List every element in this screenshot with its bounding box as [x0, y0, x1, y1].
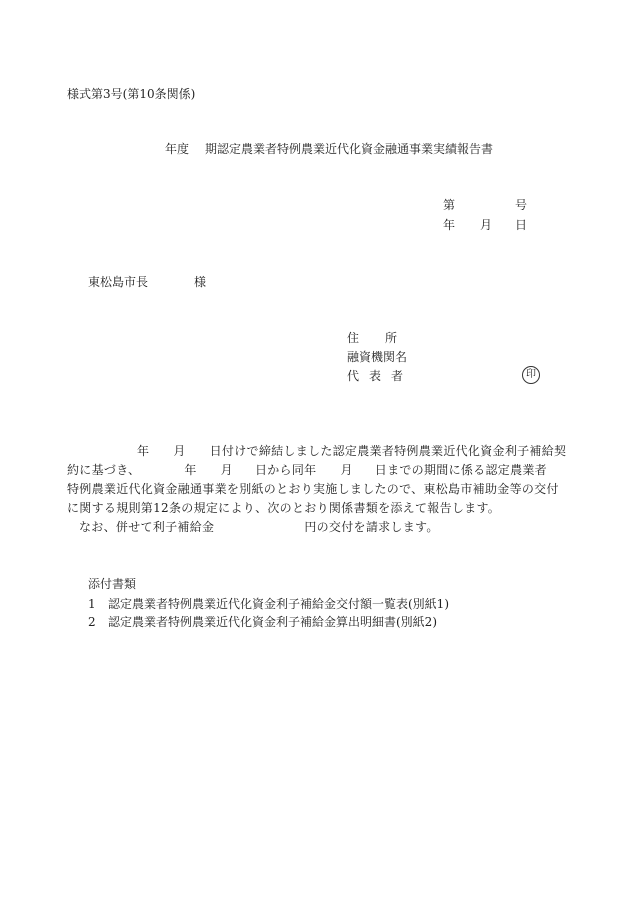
attachments-title: 添付書類	[88, 576, 136, 592]
body-line-5: なお、併せて利子補給金円の交付を請求します。	[67, 518, 557, 537]
body-line-4: に関する規則第12条の規定により、次のとおり関係書類を添えて報告します。	[67, 499, 557, 518]
doc-number-suffix: 号	[515, 197, 527, 213]
body-line-1: 年月日付けで締結しました認定農業者特例農業近代化資金利子補給契	[67, 442, 557, 461]
date-day: 日	[515, 217, 527, 233]
sender-representative-label: 代表者	[347, 368, 413, 384]
addressee-honorific: 様	[194, 274, 206, 290]
doc-number-label: 第	[443, 197, 455, 213]
date-year: 年	[443, 217, 455, 233]
sender-institution-label: 融資機関名	[347, 349, 407, 365]
document-page: 様式第3号(第10条関係) 年度期認定農業者特例農業近代化資金融通事業実績報告書…	[0, 0, 630, 916]
attachment-item: 1認定農業者特例農業近代化資金利子補給金交付額一覧表(別紙1)	[88, 596, 449, 612]
body-paragraph: 年月日付けで締結しました認定農業者特例農業近代化資金利子補給契 約に基づき、年月…	[67, 442, 557, 537]
title-main: 期認定農業者特例農業近代化資金融通事業実績報告書	[205, 142, 493, 156]
title-fiscal-year: 年度	[165, 142, 189, 156]
document-title: 年度期認定農業者特例農業近代化資金融通事業実績報告書	[165, 141, 493, 157]
body-line-3: 特例農業近代化資金融通事業を別紙のとおり実施しましたので、東松島市補助金等の交付	[67, 480, 557, 499]
seal-icon: 印	[522, 366, 540, 384]
date-month: 月	[480, 217, 492, 233]
form-number: 様式第3号(第10条関係)	[67, 86, 195, 102]
addressee-name: 東松島市長	[88, 274, 148, 290]
body-line-2: 約に基づき、年月日から同年月日までの期間に係る認定農業者	[67, 461, 557, 480]
sender-address-label: 住所	[347, 330, 397, 346]
attachment-item: 2認定農業者特例農業近代化資金利子補給金算出明細書(別紙2)	[88, 614, 437, 630]
